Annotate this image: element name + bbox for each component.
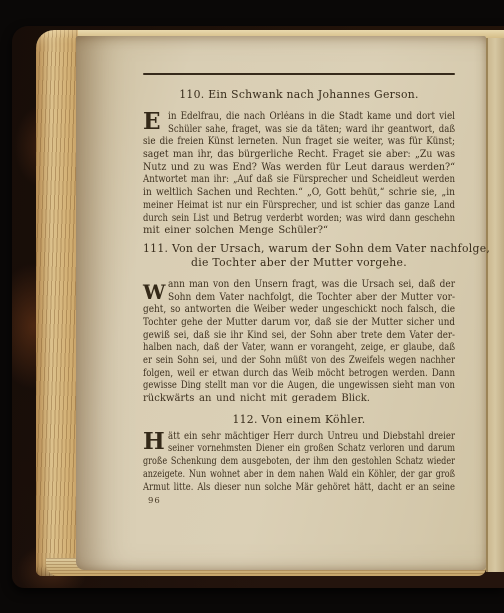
text-line: Nutz und zu was End? Was werden für Leut… — [143, 162, 455, 175]
text-line: Sohn dem Vater nachfolgt, die Tochter ab… — [143, 292, 455, 305]
page-number: 96 — [148, 496, 161, 506]
text-line: er sein Sohn sei, und der Sohn müßt von … — [143, 355, 455, 368]
text-line: seiner vornehmsten Diener ein großen Sch… — [143, 443, 455, 456]
text-line: Tochter gehe der Mutter darum vor, daß s… — [143, 317, 455, 330]
text-line: mit einer solchen Menge Schüler?“ — [143, 225, 455, 238]
paragraph: Ein Edelfrau, die nach Orléans in die St… — [143, 111, 455, 238]
section-heading-line: 112. Von einem Köhler. — [143, 413, 455, 426]
text-line: geht, so antworten die Weiber weder unge… — [143, 304, 455, 317]
underlying-page-edge — [486, 38, 504, 572]
text-line: saget man ihr, das bürgerliche Recht. Fr… — [143, 149, 455, 162]
text-line: folgen, weil er etwan durch das Weib möc… — [143, 368, 455, 381]
page-fore-edge-left — [36, 30, 80, 576]
drop-cap-initial: W — [143, 279, 164, 305]
text-line: meiner Heimat ist nur ein Fürsprecher, u… — [143, 200, 455, 213]
section-divider-rule — [143, 73, 455, 75]
sections-container: 110. Ein Schwank nach Johannes Gerson.Ei… — [143, 88, 455, 494]
text-line: in Edelfrau, die nach Orléans in die Sta… — [143, 111, 455, 124]
text-line: ann man von den Unsern fragt, was die Ur… — [143, 279, 455, 292]
text-line: gewisse Ding stellt man vor die Augen, d… — [143, 380, 455, 393]
drop-cap-initial: H — [143, 429, 165, 455]
text-line: durch sein List und Betrug verderbt word… — [143, 213, 455, 226]
text-line: gewiß sei, daß sie ihr Kind sei, der Soh… — [143, 330, 455, 343]
text-line: Antwortet man ihr: „Auf daß sie Fürsprec… — [143, 174, 455, 187]
text-line: große Schenkung dem ausgeboten, der ihm … — [143, 456, 455, 469]
book-page: 110. Ein Schwank nach Johannes Gerson.Ei… — [76, 36, 486, 570]
text-line: sie die freien Künst lerneten. Nun frage… — [143, 136, 455, 149]
photo-background: 110. Ein Schwank nach Johannes Gerson.Ei… — [0, 0, 504, 613]
text-line: Armut litte. Als dieser nun solche Mär g… — [143, 482, 455, 495]
section-heading: 111. Von der Ursach, warum der Sohn dem … — [143, 242, 455, 271]
book-section: 110. Ein Schwank nach Johannes Gerson.Ei… — [143, 88, 455, 238]
text-line: Schüler sahe, fraget, was sie da täten; … — [143, 124, 455, 137]
text-line: ätt ein sehr mächtiger Herr durch Untreu… — [143, 431, 455, 444]
section-heading-line: 111. Von der Ursach, warum der Sohn dem … — [143, 242, 455, 257]
section-heading: 110. Ein Schwank nach Johannes Gerson. — [143, 88, 455, 101]
paragraph: Wann man von den Unsern fragt, was die U… — [143, 279, 455, 406]
text-line: in weltlich Sachen und Rechten.“ „O, Got… — [143, 187, 455, 200]
text-line: halben nach, daß der Vater, wann er vora… — [143, 342, 455, 355]
text-line: anzeigete. Nun wohnet aber in dem nahen … — [143, 469, 455, 482]
book-section: 112. Von einem Köhler.Hätt ein sehr mäch… — [143, 413, 455, 494]
text-line: rückwärts an und nicht mit geradem Blick… — [143, 393, 455, 406]
paragraph: Hätt ein sehr mächtiger Herr durch Untre… — [143, 431, 455, 494]
drop-cap-initial: E — [143, 109, 161, 135]
text-column: 110. Ein Schwank nach Johannes Gerson.Ei… — [143, 73, 455, 494]
section-heading-line: 110. Ein Schwank nach Johannes Gerson. — [143, 88, 455, 101]
book-section: 111. Von der Ursach, warum der Sohn dem … — [143, 242, 455, 406]
section-heading-line: die Tochter aber der Mutter vorgehe. — [143, 256, 455, 271]
section-heading: 112. Von einem Köhler. — [143, 413, 455, 426]
